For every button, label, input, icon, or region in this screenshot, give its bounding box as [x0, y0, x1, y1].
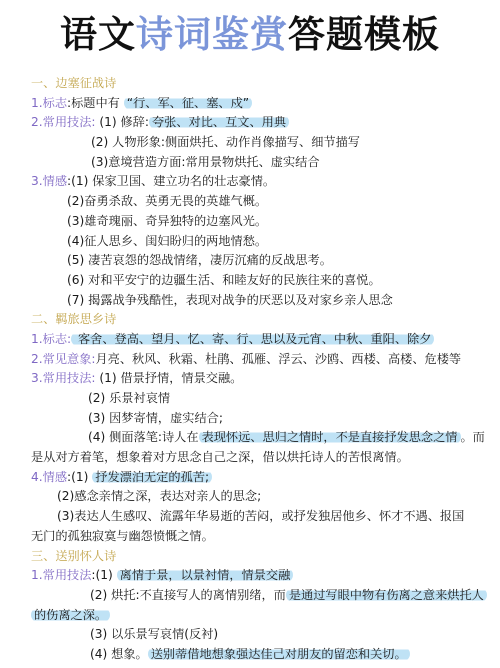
- frontier-technique-1: 2.常用技法: (1) 修辞:夸张、对比、互文、用典: [31, 113, 491, 133]
- homesick-technique-3: (3) 因梦寄情，虚实结合;: [31, 409, 491, 429]
- title-part-accent: 诗词鉴赏: [136, 13, 288, 56]
- highlighted-text: 离情于景，以景衬情，情景交融: [117, 568, 294, 582]
- farewell-technique-4: (4) 想象。送别蒂借地想象强达佳己对朋友的留恋和关切。: [31, 645, 491, 665]
- frontier-emotion-3: (3)雄奇瑰丽、奇异独特的边塞风光。: [31, 212, 491, 232]
- emotion-text: :(1) 保家卫国、建立功名的壮志豪情。: [67, 174, 275, 188]
- highlighted-text: 客舍、登高、望月、忆、寄、行、思以及元宵、中秋、重阳、除夕: [71, 332, 434, 346]
- technique-text-suffix: 。而: [461, 430, 485, 444]
- highlighted-text: 的伤离之深。: [31, 608, 110, 622]
- farewell-technique-2-continued: 的伤离之深。: [31, 606, 491, 626]
- technique-text: (2) 烘托:不直接写人的离情别绪，而: [90, 588, 286, 602]
- farewell-technique-3: (3) 以乐景写哀情(反衬): [31, 625, 491, 645]
- homesick-technique-2: (2) 乐景衬哀情: [31, 389, 491, 409]
- technique-label: 3.常用技法:: [31, 371, 95, 385]
- section-heading-homesick: 二、羁旅思乡诗: [31, 310, 491, 330]
- highlighted-text: 送别蒂借地想象强达佳己对朋友的留恋和关切。: [148, 647, 410, 661]
- homesick-sign: 1.标志: 客舍、登高、望月、忆、寄、行、思以及元宵、中秋、重阳、除夕: [31, 330, 491, 350]
- technique-text: :(1): [91, 568, 116, 582]
- farewell-technique-1: 1.常用技法:(1) 离情于景，以景衬情，情景交融: [31, 566, 491, 586]
- homesick-technique-4-continued: 是从对方着笔，想象着对方思念自己之深，借以烘托诗人的苦恨离情。: [31, 448, 491, 468]
- highlighted-text: 是通过写眼中物有伤离之意来烘托人: [286, 588, 487, 602]
- title-part-1: 语文: [60, 13, 136, 56]
- frontier-technique-2: (2) 人物形象:侧面烘托、动作肖像描写、细节描写: [31, 133, 491, 153]
- section-heading-frontier: 一、边塞征战诗: [31, 74, 491, 94]
- homesick-technique-4: (4) 侧面落笔:诗人在表现怀远、思归之情时，不是直接抒发思念之情。而: [31, 428, 491, 448]
- sign-label: 1.标志:: [31, 332, 71, 346]
- technique-text: (4) 想象。: [90, 647, 148, 661]
- homesick-imagery: 2.常见意象:月亮、秋风、秋霜、杜鹃、孤雁、浮云、沙鸥、西楼、高楼、危楼等: [31, 350, 491, 370]
- emotion-label: 4.情感: [31, 470, 67, 484]
- farewell-technique-2: (2) 烘托:不直接写人的离情别绪，而是通过写眼中物有伤离之意来烘托人: [31, 586, 491, 606]
- homesick-emotion-3: (3)表达人生感叹、流露年华易逝的苦闷，或抒发独居他乡、怀才不遇、报国: [31, 507, 491, 527]
- emotion-text: :(1): [67, 470, 92, 484]
- technique-text: (1) 借景抒情，情景交融。: [95, 371, 242, 385]
- emotion-label: 3.情感: [31, 174, 67, 188]
- imagery-text: 月亮、秋风、秋霜、杜鹃、孤雁、浮云、沙鸥、西楼、高楼、危楼等: [95, 352, 461, 366]
- highlighted-text: 抒发漂泊无定的孤苦;: [92, 470, 212, 484]
- technique-text: (1) 修辞:: [95, 115, 149, 129]
- frontier-emotion-2: (2)奋勇杀敌、英勇无畏的英雄气概。: [31, 192, 491, 212]
- homesick-emotion-3-continued: 无门的孤独寂寞与幽怨愤慨之情。: [31, 527, 491, 547]
- page-title: 语文诗词鉴赏答题模板: [0, 10, 500, 60]
- technique-text: (4) 侧面落笔:诗人在: [88, 430, 199, 444]
- homesick-emotion-1: 4.情感:(1) 抒发漂泊无定的孤苦;: [31, 468, 491, 488]
- title-part-3: 答题模板: [288, 13, 440, 56]
- homesick-technique-1: 3.常用技法: (1) 借景抒情，情景交融。: [31, 369, 491, 389]
- highlighted-text: 表现怀远、思归之情时，不是直接抒发思念之情: [199, 430, 461, 444]
- sign-label: 1.标志: [31, 96, 67, 110]
- frontier-emotion-1: 3.情感:(1) 保家卫国、建立功名的壮志豪情。: [31, 172, 491, 192]
- technique-label: 2.常用技法:: [31, 115, 95, 129]
- document-body: 一、边塞征战诗 1.标志:标题中有 “行、军、征、塞、戍” 2.常用技法: (1…: [31, 74, 491, 665]
- frontier-emotion-4: (4)征人思乡、闺妇盼归的两地情愁。: [31, 232, 491, 252]
- frontier-emotion-6: (6) 对和平安宁的边疆生活、和睦友好的民族往来的喜悦。: [31, 271, 491, 291]
- frontier-emotion-5: (5) 凄苦哀怨的怨战情绪，凄厉沉痛的反战思考。: [31, 251, 491, 271]
- section-heading-farewell: 三、送别怀人诗: [31, 547, 491, 567]
- highlighted-text: 夸张、对比、互文、用典: [149, 115, 289, 129]
- highlighted-text: “行、军、征、塞、戍”: [124, 96, 252, 110]
- frontier-technique-3: (3)意境营造方面:常用景物烘托、虚实结合: [31, 153, 491, 173]
- frontier-emotion-7: (7) 揭露战争残酷性，表现对战争的厌恶以及对家乡亲人思念: [31, 291, 491, 311]
- technique-label: 1.常用技法: [31, 568, 91, 582]
- imagery-label: 2.常见意象:: [31, 352, 95, 366]
- frontier-sign: 1.标志:标题中有 “行、军、征、塞、戍”: [31, 94, 491, 114]
- sign-text: :标题中有: [67, 96, 120, 110]
- homesick-emotion-2: (2)感念亲情之深，表达对亲人的思念;: [31, 487, 491, 507]
